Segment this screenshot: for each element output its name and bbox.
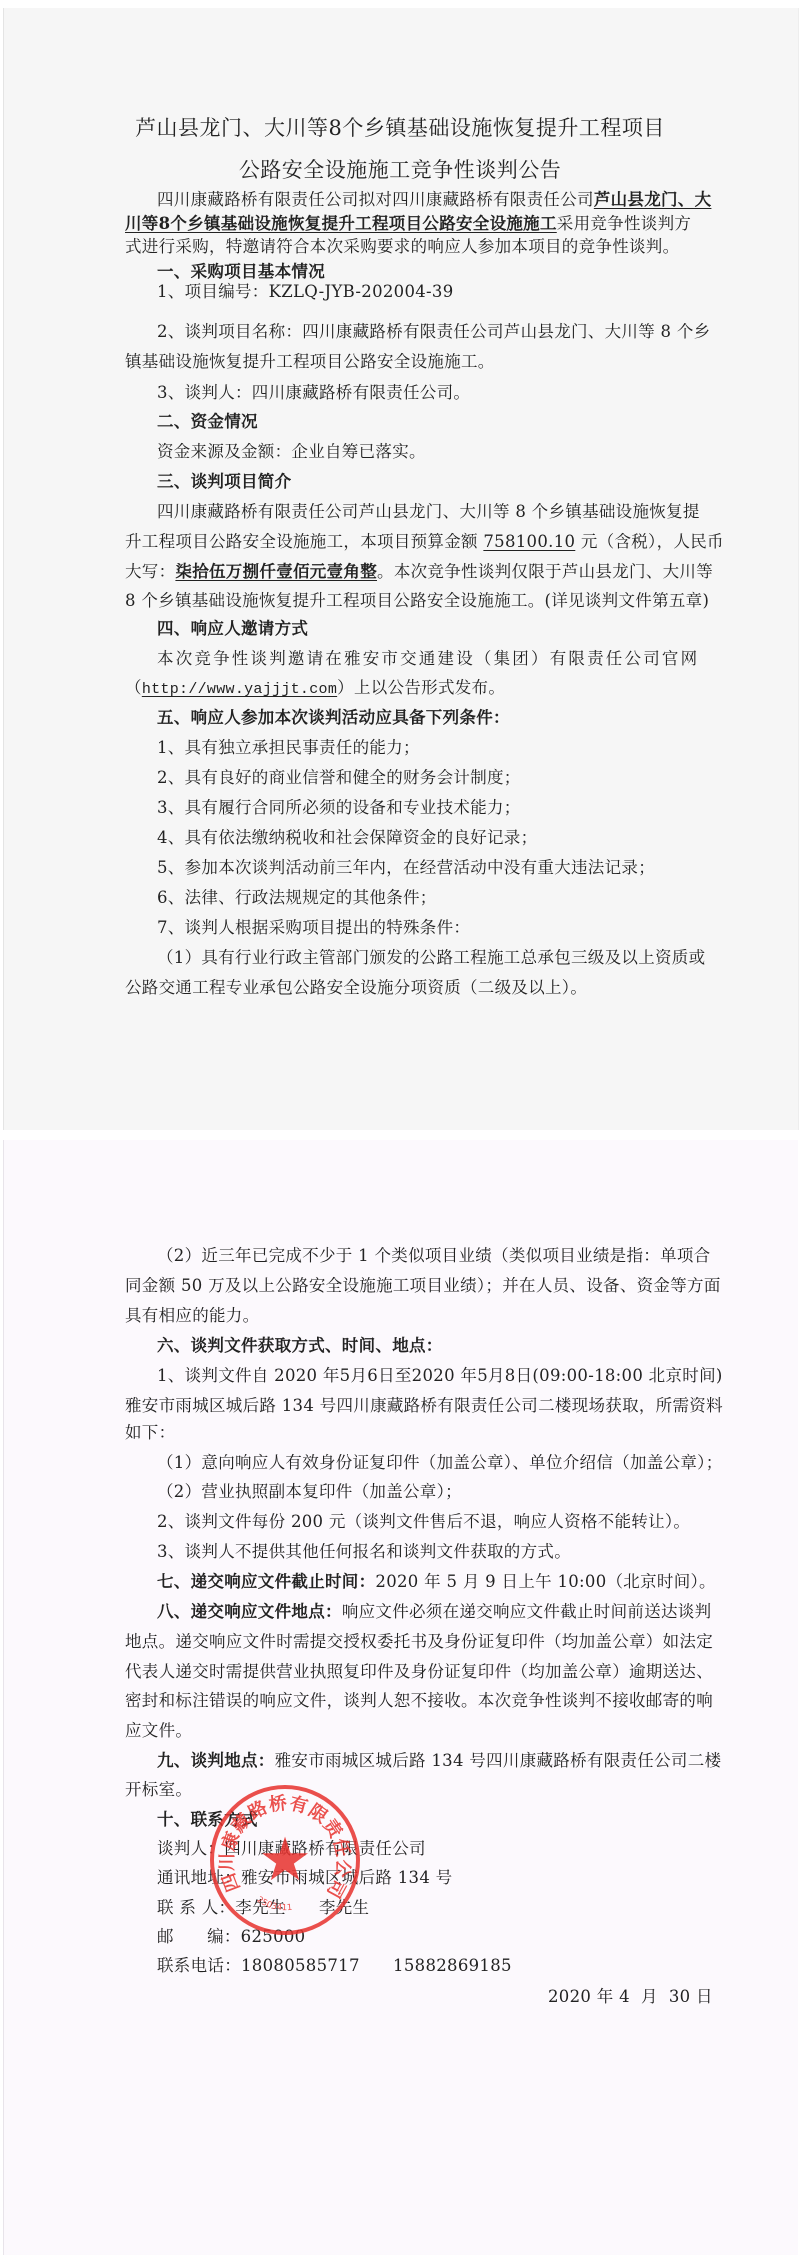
section2-heading: 二、资金情况 [157,412,258,432]
no-other-method: 3、谈判人不提供其他任何报名和谈判文件获取的方式。 [157,1542,571,1562]
section4-line2: （http://www.yajjjt.com）上以公告形式发布。 [125,678,505,700]
document-title-line2: 公路安全设施施工竞争性谈判公告 [0,157,800,183]
contact-negotiator: 谈判人：四川康藏路桥有限责任公司 [157,1839,426,1859]
document-title-line1: 芦山县龙门、大川等8个乡镇基础设施恢复提升工程项目 [0,115,800,141]
condition-item: 4、具有依法缴纳税收和社会保障资金的良好记录； [157,828,537,848]
budget-words: 柒拾伍万捌仟壹佰元壹角整 [175,562,377,581]
special-condition-2-line1: （2）近三年已完成不少于 1 个类似项目业绩（类似项目业绩是指：单项合 [157,1246,711,1266]
special-condition-1-line1: （1）具有行业行政主管部门颁发的公路工程施工总承包三级及以上资质或 [157,948,705,968]
condition-item: 2、具有良好的商业信誉和健全的财务会计制度； [157,768,521,788]
contact-address: 通讯地址：雅安市雨城区城后路 134 号 [157,1868,452,1888]
intro-line3: 式进行采购，特邀请符合本次采购要求的响应人参加本项目的竞争性谈判。 [125,237,679,257]
section4-heading: 四、响应人邀请方式 [157,619,308,639]
section3-line1: 四川康藏路桥有限责任公司芦山县龙门、大川等 8 个乡镇基础设施恢复提 [157,502,700,522]
section6-item1-line3: 如下： [125,1423,175,1443]
section6-item1-line2: 雅安市雨城区城后路 134 号四川康藏路桥有限责任公司二楼现场获取，所需资料 [125,1396,723,1416]
required-doc-2: （2）营业执照副本复印件（加盖公章）； [157,1482,462,1502]
contact-person: 联 系 人：李先生 李先生 [157,1898,369,1918]
special-condition-2-line2: 同金额 50 万及以上公路安全设施施工项目业绩）；并在人员、设备、资金等方面 [125,1276,721,1296]
section7: 七、递交响应文件截止时间：2020 年 5 月 9 日上午 10:00（北京时间… [157,1572,716,1592]
section8-line3: 代表人递交时需提供营业执照复印件及身份证复印件（均加盖公章）逾期送达、 [125,1662,713,1682]
condition-item: 3、具有履行合同所必须的设备和专业技术能力； [157,798,521,818]
document-date: 2020 年 4 月 30 日 [548,1987,713,2007]
intro-line1: 四川康藏路桥有限责任公司拟对四川康藏路桥有限责任公司芦山县龙门、大 [157,190,711,210]
special-condition-2-line3: 具有相应的能力。 [125,1306,259,1326]
contact-postcode: 邮 编：625000 [157,1927,305,1947]
special-condition-1-line2: 公路交通工程专业承包公路安全设施分项资质（二级及以上）。 [125,978,587,998]
section9-line1: 九、谈判地点：雅安市雨城区城后路 134 号四川康藏路桥有限责任公司二楼 [157,1751,721,1771]
contact-phone: 联系电话：18080585717 15882869185 [157,1956,512,1976]
intro-line2: 川等8个乡镇基础设施恢复提升工程项目公路安全设施施工采用竞争性谈判方 [125,214,691,234]
condition-item: 7、谈判人根据采购项目提出的特殊条件： [157,918,470,938]
section6-item1-line1: 1、谈判文件自 2020 年5月6日至2020 年5月8日(09:00-18:0… [157,1366,723,1386]
required-doc-1: （1）意向响应人有效身份证复印件（加盖公章）、单位介绍信（加盖公章）； [157,1453,723,1473]
project-number: 1、项目编号：KZLQ-JYB-202004-39 [157,282,454,302]
section8-line2: 地点。递交响应文件时需提交授权委托书及身份证复印件（均加盖公章）如法定 [125,1632,713,1652]
section3-line3: 大写：柒拾伍万捌仟壹佰元壹角整。本次竞争性谈判仅限于芦山县龙门、大川等 [125,562,713,582]
official-website-link[interactable]: http://www.yajjjt.com [142,681,337,698]
section10-heading: 十、联系方式 [157,1810,258,1830]
funding-source: 资金来源及金额：企业自筹已落实。 [157,442,426,462]
negotiator: 3、谈判人：四川康藏路桥有限责任公司。 [157,383,470,403]
section3-heading: 三、谈判项目简介 [157,472,291,492]
project-name-line1: 2、谈判项目名称：四川康藏路桥有限责任公司芦山县龙门、大川等 8 个乡 [157,322,711,342]
section9-line2: 开标室。 [125,1780,192,1800]
section1-heading: 一、采购项目基本情况 [157,262,325,282]
document-fee: 2、谈判文件每份 200 元（谈判文件售后不退，响应人资格不能转让）。 [157,1512,690,1532]
section3-line2: 升工程项目公路安全设施施工，本项目预算金额 758100.10 元（含税），人民… [125,532,724,552]
condition-item: 1、具有独立承担民事责任的能力； [157,738,420,758]
section8-line1: 八、递交响应文件地点：响应文件必须在递交响应文件截止时间前送达谈判 [157,1602,711,1622]
condition-item: 6、法律、行政法规规定的其他条件； [157,888,437,908]
project-name-line2: 镇基础设施恢复提升工程项目公路安全设施施工。 [125,352,495,372]
section8-line5: 应文件。 [125,1721,192,1741]
budget-amount: 758100.10 [483,532,575,551]
section5-heading: 五、响应人参加本次谈判活动应具备下列条件： [157,708,510,728]
section8-line4: 密封和标注错误的响应文件，谈判人恕不接收。本次竞争性谈判不接收邮寄的响 [125,1691,713,1711]
section3-line4: 8 个乡镇基础设施恢复提升工程项目公路安全设施施工。(详见谈判文件第五章) [125,591,709,611]
section4-line1: 本次竞争性谈判邀请在雅安市交通建设（集团）有限责任公司官网 [157,649,699,669]
condition-item: 5、参加本次谈判活动前三年内，在经营活动中没有重大违法记录； [157,858,655,878]
section6-heading: 六、谈判文件获取方式、时间、地点： [157,1336,443,1356]
